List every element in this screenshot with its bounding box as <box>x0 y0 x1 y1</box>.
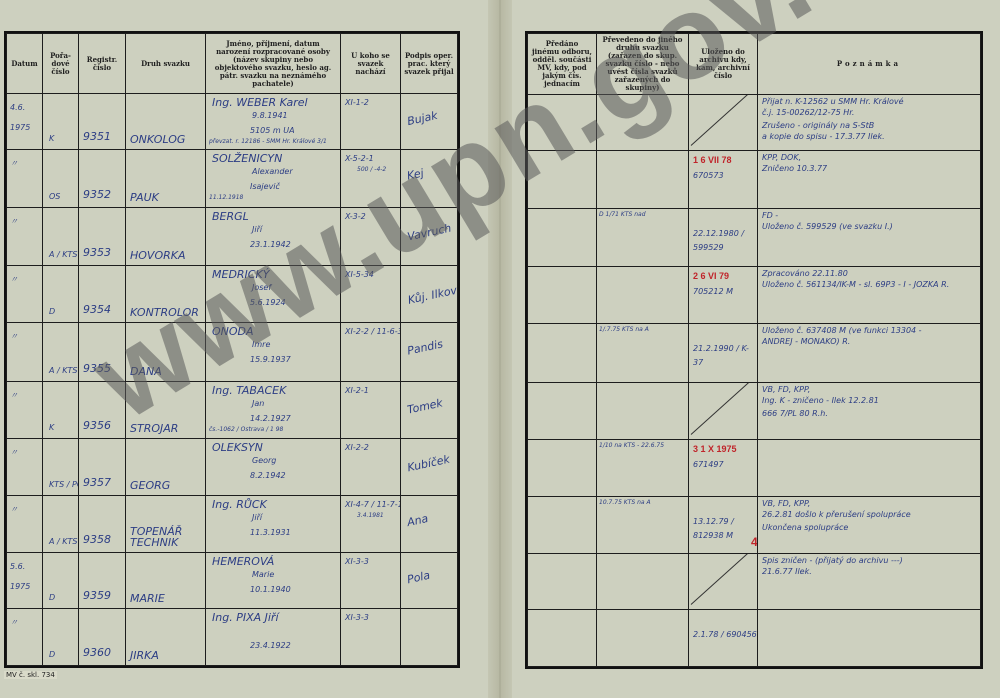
table-row: 〃OS9352PAUKSOLŽENICYNAlexanderIsajevič11… <box>7 150 458 208</box>
cell-prevedeno <box>597 95 689 151</box>
druh-value: JIRKA <box>130 650 204 661</box>
jmeno-line-1: MEDRICKÝ <box>212 268 269 281</box>
jmeno-line-4: čs.-1062 / Ostrava / 1 98 <box>209 426 283 433</box>
cell-podpis: Ana <box>401 496 458 553</box>
u-koho-value: XI-3-3 <box>345 557 369 566</box>
cell-jmeno: HEMEROVÁMarie10.1.1940 <box>206 553 341 609</box>
cell-podpis: Kubíček <box>401 439 458 496</box>
druh-value: STROJAR <box>130 423 204 434</box>
poznamka-line-1: FD - <box>762 211 778 220</box>
cell-registr: 9354 <box>79 266 126 323</box>
jmeno-line-1: HEMEROVÁ <box>212 555 274 568</box>
poradove-value: A / KTS <box>49 366 77 375</box>
cell-druh: STROJAR <box>126 382 206 439</box>
u-koho-value: XI-2-2 <box>345 443 369 452</box>
podpis-signature: Bujak <box>406 109 439 128</box>
poznamka-line-2: Zničeno 10.3.77 <box>762 164 827 173</box>
jmeno-line-2: Alexander <box>252 167 293 176</box>
cell-podpis: Vavruch <box>401 208 458 266</box>
register-table-left: Datum Pořa-dové číslo Registr. číslo Dru… <box>6 33 458 666</box>
ulozeno-value: 705212 M <box>693 285 757 299</box>
cell-datum: 〃 <box>7 496 43 553</box>
jmeno-line-2: Georg <box>252 456 276 465</box>
table-row: 1/10 na KTS - 22.6.753 1 X 1975671497 <box>528 440 981 497</box>
poradove-value: KTS / PQ <box>49 480 79 489</box>
cell-ulozeno: 4. IV. 198613.12.79 / 812938 M <box>689 497 758 554</box>
table-row: D 1/71 KTS nad22.12.1980 / 599529FD -Ulo… <box>528 209 981 267</box>
cell-poznamka: Zpracováno 22.11.80Uloženo č. 561134/IK-… <box>758 267 981 324</box>
registr-value: 9357 <box>83 476 111 489</box>
poradove-value: A / KTS <box>49 250 77 259</box>
cell-registr: 9360 <box>79 609 126 666</box>
table-row: 〃A / KTS9358TOPENÁŘ TECHNIKIng. RŮCKJiří… <box>7 496 458 553</box>
jmeno-line-2: Jiří <box>252 225 262 234</box>
poznamka-line-1: VB, FD, KPP, <box>762 499 810 508</box>
druh-value: ONKOLOG <box>130 134 204 145</box>
cell-podpis: Pola <box>401 553 458 609</box>
jmeno-line-2: Jiří <box>252 513 262 522</box>
form-code: MV č. skl. 734 <box>4 671 57 679</box>
poradove-value: K <box>49 423 54 432</box>
table-row: VB, FD, KPP,Ing. K - zničeno - Ilek 12.2… <box>528 383 981 440</box>
jmeno-line-3: 5.6.1924 <box>250 298 286 307</box>
jmeno-line-3: 23.1.1942 <box>250 240 291 249</box>
header-registr-cislo: Registr. číslo <box>79 34 126 94</box>
cell-registr: 9352 <box>79 150 126 208</box>
cell-u-koho: XI-3-3 <box>341 609 401 666</box>
cell-ulozeno: 1 6 VII 78670573 <box>689 151 758 209</box>
poznamka-line-2: 21.6.77 Ilek. <box>762 567 812 576</box>
cell-jmeno: SOLŽENICYNAlexanderIsajevič11.12.1918 <box>206 150 341 208</box>
poznamka-line-4: a kopie do spisu - 17.3.77 Ilek. <box>762 132 885 141</box>
cell-u-koho: XI-2-2 / 11-6-3 <box>341 323 401 382</box>
u-koho-value: XI-2-2 / 11-6-3 <box>345 327 401 336</box>
u-koho-note: 500 / -4-2 <box>357 166 386 173</box>
table-row: 1/.7.75 KTS na A21.2.1990 / K-37Uloženo … <box>528 324 981 383</box>
cell-predano <box>528 554 597 610</box>
poznamka-line-2: č.j. 15-00262/12-75 Hr. <box>762 108 854 117</box>
poradove-value: D <box>49 593 55 602</box>
jmeno-line-1: ONODA <box>212 325 254 338</box>
cell-podpis <box>401 609 458 666</box>
cell-predano <box>528 497 597 554</box>
datum-value: 5.6. 1975 <box>10 557 40 597</box>
cell-datum: 5.6. 1975 <box>7 553 43 609</box>
poznamka-line-3: Ukončena spolupráce <box>762 523 848 532</box>
cell-ulozeno <box>689 95 758 151</box>
u-koho-value: XI-2-1 <box>345 386 369 395</box>
cell-podpis: Kůj. Ilkov 10.6.75 <box>401 266 458 323</box>
table-row: 〃K9356STROJARIng. TABACEKJan14.2.1927čs.… <box>7 382 458 439</box>
cell-prevedeno <box>597 383 689 440</box>
cell-poznamka <box>758 440 981 497</box>
poznamka-line-2: Uloženo č. 599529 (ve svazku I.) <box>762 222 893 231</box>
cell-poradove: A / KTS <box>43 496 79 553</box>
table-row: Spis zničen - (přijatý do archivu ---)21… <box>528 554 981 610</box>
cross-out-line <box>691 95 750 146</box>
registr-value: 9356 <box>83 419 111 432</box>
cell-prevedeno <box>597 267 689 324</box>
druh-value: DANA <box>130 366 204 377</box>
cell-predano <box>528 383 597 440</box>
cell-prevedeno: D 1/71 KTS nad <box>597 209 689 267</box>
cell-prevedeno: 10.7.75 KTS na A <box>597 497 689 554</box>
poznamka-line-1: Zpracováno 22.11.80 <box>762 269 848 278</box>
page-gutter <box>488 0 512 698</box>
archive-date-stamp: 3 1 X 1975 <box>693 444 737 454</box>
cell-druh: TOPENÁŘ TECHNIK <box>126 496 206 553</box>
cell-jmeno: Ing. PIXA Jiří23.4.1922 <box>206 609 341 666</box>
cell-u-koho: XI-3-3 <box>341 553 401 609</box>
cell-registr: 9353 <box>79 208 126 266</box>
jmeno-line-3: 10.1.1940 <box>250 585 291 594</box>
poznamka-line-2: 26.2.81 došlo k přerušení spolupráce <box>762 510 911 519</box>
cell-predano <box>528 440 597 497</box>
cell-druh: GEORG <box>126 439 206 496</box>
cell-poznamka: FD -Uloženo č. 599529 (ve svazku I.) <box>758 209 981 267</box>
cell-poznamka: Spis zničen - (přijatý do archivu ---)21… <box>758 554 981 610</box>
cell-ulozeno: 22.12.1980 / 599529 <box>689 209 758 267</box>
ulozeno-value: 13.12.79 / 812938 M <box>693 515 757 543</box>
jmeno-line-1: SOLŽENICYN <box>212 152 282 165</box>
cell-predano <box>528 209 597 267</box>
table-row: 2.1.78 / 690456 <box>528 610 981 667</box>
registr-value: 9360 <box>83 646 111 659</box>
cell-ulozeno: 2.1.78 / 690456 <box>689 610 758 667</box>
jmeno-line-3: 14.2.1927 <box>250 414 291 423</box>
cell-datum: 〃 <box>7 439 43 496</box>
table-row: 1 6 VII 78670573KPP, DOK,Zničeno 10.3.77 <box>528 151 981 209</box>
u-koho-value: XI-1-2 <box>345 98 369 107</box>
jmeno-line-3: 5105 m UA <box>250 126 295 135</box>
jmeno-line-3: 23.4.1922 <box>250 641 291 650</box>
table-row: 5.6. 1975D9359MARIEHEMEROVÁMarie10.1.194… <box>7 553 458 609</box>
cell-poznamka: VB, FD, KPP,26.2.81 došlo k přerušení sp… <box>758 497 981 554</box>
cell-poradove: OS <box>43 150 79 208</box>
cell-poradove: A / KTS <box>43 323 79 382</box>
podpis-signature: Ana <box>406 512 429 529</box>
poznamka-line-1: Přijat n. K-12562 u SMM Hr. Králové <box>762 97 904 106</box>
cell-jmeno: OLEKSYNGeorg8.2.1942 <box>206 439 341 496</box>
cell-druh: KONTROLOR <box>126 266 206 323</box>
cell-poznamka: Přijat n. K-12562 u SMM Hr. Královéč.j. … <box>758 95 981 151</box>
cell-registr: 9351 <box>79 94 126 150</box>
cell-poznamka: Uloženo č. 637408 M (ve funkci 13304 -AN… <box>758 324 981 383</box>
podpis-signature: Kůj. Ilkov 10.6.75 <box>407 274 458 307</box>
cell-jmeno: Ing. WEBER Karel9.8.19415105 m UApřevzat… <box>206 94 341 150</box>
jmeno-line-2: Jan <box>252 399 264 408</box>
druh-value: GEORG <box>130 480 204 491</box>
datum-value: 〃 <box>10 154 40 174</box>
u-koho-value: XI-5-34 <box>345 270 374 279</box>
cell-datum: 〃 <box>7 208 43 266</box>
poznamka-line-2: Ing. K - zničeno - Ilek 12.2.81 <box>762 396 879 405</box>
ulozeno-value: 671497 <box>693 458 757 472</box>
datum-value: 〃 <box>10 212 40 232</box>
cell-podpis: Bujak <box>401 94 458 150</box>
cell-poradove: A / KTS <box>43 208 79 266</box>
ulozeno-value: 21.2.1990 / K-37 <box>693 342 757 370</box>
header-prevedeno: Převedeno do jiného druhu svazku (zařaze… <box>597 34 689 95</box>
jmeno-line-3: 8.2.1942 <box>250 471 286 480</box>
cell-registr: 9359 <box>79 553 126 609</box>
header-datum: Datum <box>7 34 43 94</box>
registr-value: 9358 <box>83 533 111 546</box>
poznamka-line-1: VB, FD, KPP, <box>762 385 810 394</box>
cell-poradove: D <box>43 553 79 609</box>
poznamka-line-3: 666 7/PL 80 R.h. <box>762 409 828 418</box>
jmeno-line-3: 15.9.1937 <box>250 355 291 364</box>
jmeno-line-1: Ing. WEBER Karel <box>212 96 308 109</box>
cross-out-line <box>691 383 750 435</box>
jmeno-line-2: Imre <box>252 340 270 349</box>
header-druh-svazku: Druh svazku <box>126 34 206 94</box>
u-koho-value: XI-4-7 / 11-7-1 <box>345 500 401 509</box>
cell-ulozeno: 3 1 X 1975671497 <box>689 440 758 497</box>
jmeno-line-1: OLEKSYN <box>212 441 263 454</box>
prevedeno-value: 1/10 na KTS - 22.6.75 <box>599 442 664 449</box>
cell-u-koho: XI-4-7 / 11-7-13.4.1981 <box>341 496 401 553</box>
druh-value: HOVORKA <box>130 250 204 261</box>
header-podpis: Podpis oper. prac. který svazek přijal <box>401 34 458 94</box>
poznamka-line-3: Zrušeno - originály na S-StB <box>762 121 874 130</box>
cell-prevedeno: 1/10 na KTS - 22.6.75 <box>597 440 689 497</box>
table-row: 〃D9360JIRKAIng. PIXA Jiří23.4.1922XI-3-3 <box>7 609 458 666</box>
cell-poradove: K <box>43 94 79 150</box>
cell-u-koho: XI-2-1 <box>341 382 401 439</box>
cell-predano <box>528 324 597 383</box>
cell-predano <box>528 610 597 667</box>
druh-value: PAUK <box>130 192 204 203</box>
u-koho-value: X-3-2 <box>345 212 366 221</box>
poradove-value: D <box>49 650 55 659</box>
cell-u-koho: X-5-2-1500 / -4-2 <box>341 150 401 208</box>
jmeno-line-1: Ing. TABACEK <box>212 384 286 397</box>
podpis-signature: Vavruch <box>406 222 452 244</box>
cell-podpis: Kej <box>401 150 458 208</box>
druh-value: KONTROLOR <box>130 307 204 318</box>
podpis-signature: Pandis <box>406 337 444 357</box>
header-poznamka-label: Poznámka <box>837 59 901 68</box>
cell-registr: 9355 <box>79 323 126 382</box>
ulozeno-value: 2.1.78 / 690456 <box>693 628 757 642</box>
cell-ulozeno <box>689 554 758 610</box>
cell-poradove: K <box>43 382 79 439</box>
cell-datum: 〃 <box>7 150 43 208</box>
cell-poznamka: KPP, DOK,Zničeno 10.3.77 <box>758 151 981 209</box>
cell-registr: 9358 <box>79 496 126 553</box>
jmeno-line-1: BERGL <box>212 210 249 223</box>
cell-registr: 9356 <box>79 382 126 439</box>
archive-date-stamp: 2 6 VI 79 <box>693 271 729 281</box>
cell-u-koho: XI-5-34 <box>341 266 401 323</box>
registr-value: 9352 <box>83 188 111 201</box>
table-row: 〃A / KTS9355DANAONODAImre15.9.1937XI-2-2… <box>7 323 458 382</box>
table-row: 〃A / KTS9353HOVORKABERGLJiří23.1.1942X-3… <box>7 208 458 266</box>
cell-podpis: Pandis <box>401 323 458 382</box>
cell-datum: 〃 <box>7 266 43 323</box>
poznamka-line-2: ANDREJ - MONAKO) R. <box>762 337 850 346</box>
cell-prevedeno: 1/.7.75 KTS na A <box>597 324 689 383</box>
poznamka-line-2: Uloženo č. 561134/IK-M - sl. 69P3 - I - … <box>762 280 949 289</box>
cell-druh: DANA <box>126 323 206 382</box>
cell-prevedeno <box>597 610 689 667</box>
poradove-value: K <box>49 134 54 143</box>
cell-ulozeno: 2 6 VI 79705212 M <box>689 267 758 324</box>
cell-datum: 〃 <box>7 323 43 382</box>
jmeno-line-1: Ing. RŮCK <box>212 498 267 511</box>
podpis-signature: Kej <box>406 166 425 182</box>
register-table-right: Předáno jinému odboru, odděl. součásti M… <box>527 33 981 667</box>
registr-value: 9354 <box>83 303 111 316</box>
jmeno-line-2: Marie <box>252 570 274 579</box>
podpis-signature: Pola <box>406 569 431 587</box>
header-poznamka: Poznámka <box>758 34 981 95</box>
cell-predano <box>528 151 597 209</box>
poznamka-line-1: Spis zničen - (přijatý do archivu ---) <box>762 556 903 565</box>
jmeno-line-2: Josef <box>252 283 271 292</box>
cell-datum: 〃 <box>7 382 43 439</box>
cell-druh: PAUK <box>126 150 206 208</box>
cell-druh: HOVORKA <box>126 208 206 266</box>
cell-u-koho: XI-2-2 <box>341 439 401 496</box>
cell-prevedeno <box>597 151 689 209</box>
jmeno-line-4: 11.12.1918 <box>209 194 243 201</box>
table-row: 〃D9354KONTROLORMEDRICKÝJosef5.6.1924XI-5… <box>7 266 458 323</box>
datum-value: 4.6. 1975 <box>10 98 40 138</box>
registr-value: 9353 <box>83 246 111 259</box>
cell-jmeno: ONODAImre15.9.1937 <box>206 323 341 382</box>
cross-out-line <box>691 554 750 605</box>
poradove-value: OS <box>49 192 60 201</box>
cell-poznamka: VB, FD, KPP,Ing. K - zničeno - Ilek 12.2… <box>758 383 981 440</box>
prevedeno-value: 1/.7.75 KTS na A <box>599 326 649 333</box>
cell-druh: JIRKA <box>126 609 206 666</box>
header-row: Předáno jinému odboru, odděl. součásti M… <box>528 34 981 95</box>
cell-prevedeno <box>597 554 689 610</box>
poznamka-line-1: Uloženo č. 637408 M (ve funkci 13304 - <box>762 326 922 335</box>
ulozeno-value: 670573 <box>693 169 757 183</box>
u-koho-value: X-5-2-1 <box>345 154 374 163</box>
cell-poradove: KTS / PQ <box>43 439 79 496</box>
header-ulozeno: Uloženo do archivu kdy, kam, archivní čí… <box>689 34 758 95</box>
druh-value: MARIE <box>130 593 204 604</box>
datum-value: 〃 <box>10 443 40 463</box>
poradove-value: A / KTS <box>49 537 77 546</box>
cell-ulozeno <box>689 383 758 440</box>
cell-poznamka <box>758 610 981 667</box>
registr-value: 9351 <box>83 130 111 143</box>
ulozeno-value: 22.12.1980 / 599529 <box>693 227 757 255</box>
cell-druh: MARIE <box>126 553 206 609</box>
cell-jmeno: BERGLJiří23.1.1942 <box>206 208 341 266</box>
prevedeno-value: D 1/71 KTS nad <box>599 211 646 218</box>
poradove-value: D <box>49 307 55 316</box>
table-row: 2 6 VI 79705212 MZpracováno 22.11.80Ulož… <box>528 267 981 324</box>
table-row: 10.7.75 KTS na A4. IV. 198613.12.79 / 81… <box>528 497 981 554</box>
cell-poradove: D <box>43 266 79 323</box>
datum-value: 〃 <box>10 613 40 633</box>
datum-value: 〃 <box>10 500 40 520</box>
archive-date-stamp: 1 6 VII 78 <box>693 155 732 165</box>
cell-jmeno: Ing. TABACEKJan14.2.1927čs.-1062 / Ostra… <box>206 382 341 439</box>
prevedeno-value: 10.7.75 KTS na A <box>599 499 651 506</box>
table-row: 4.6. 1975K9351ONKOLOGIng. WEBER Karel9.8… <box>7 94 458 150</box>
podpis-signature: Kubíček <box>406 453 451 475</box>
jmeno-line-1: Ing. PIXA Jiří <box>212 611 279 624</box>
datum-value: 〃 <box>10 386 40 406</box>
datum-value: 〃 <box>10 270 40 290</box>
cell-registr: 9357 <box>79 439 126 496</box>
table-row: 〃KTS / PQ9357GEORGOLEKSYNGeorg8.2.1942XI… <box>7 439 458 496</box>
header-jmeno: Jméno, příjmení, datum narození rozpraco… <box>206 34 341 94</box>
cell-podpis: Tomek <box>401 382 458 439</box>
podpis-signature: Tomek <box>406 396 444 416</box>
header-row: Datum Pořa-dové číslo Registr. číslo Dru… <box>7 34 458 94</box>
cell-datum: 〃 <box>7 609 43 666</box>
header-predano: Předáno jinému odboru, odděl. součásti M… <box>528 34 597 95</box>
header-poradove-cislo: Pořa-dové číslo <box>43 34 79 94</box>
registr-value: 9359 <box>83 589 111 602</box>
jmeno-line-2: 9.8.1941 <box>252 111 288 120</box>
cell-predano <box>528 267 597 324</box>
u-koho-value: XI-3-3 <box>345 613 369 622</box>
jmeno-line-3: 11.3.1931 <box>250 528 291 537</box>
druh-value: TOPENÁŘ TECHNIK <box>130 526 204 548</box>
datum-value: 〃 <box>10 327 40 347</box>
cell-poradove: D <box>43 609 79 666</box>
jmeno-line-4: převzat. r. 12186 - SMM Hr. Králové 3/1 <box>209 138 327 145</box>
cell-predano <box>528 95 597 151</box>
cell-ulozeno: 21.2.1990 / K-37 <box>689 324 758 383</box>
table-row: Přijat n. K-12562 u SMM Hr. Královéč.j. … <box>528 95 981 151</box>
cell-jmeno: Ing. RŮCKJiří11.3.1931 <box>206 496 341 553</box>
header-u-koho: U koho se svazek nachází <box>341 34 401 94</box>
cell-druh: ONKOLOG <box>126 94 206 150</box>
u-koho-note: 3.4.1981 <box>357 512 384 519</box>
cell-u-koho: XI-1-2 <box>341 94 401 150</box>
jmeno-line-3: Isajevič <box>250 182 280 191</box>
cell-datum: 4.6. 1975 <box>7 94 43 150</box>
cell-jmeno: MEDRICKÝJosef5.6.1924 <box>206 266 341 323</box>
poznamka-line-1: KPP, DOK, <box>762 153 801 162</box>
cell-u-koho: X-3-2 <box>341 208 401 266</box>
registr-value: 9355 <box>83 362 111 375</box>
